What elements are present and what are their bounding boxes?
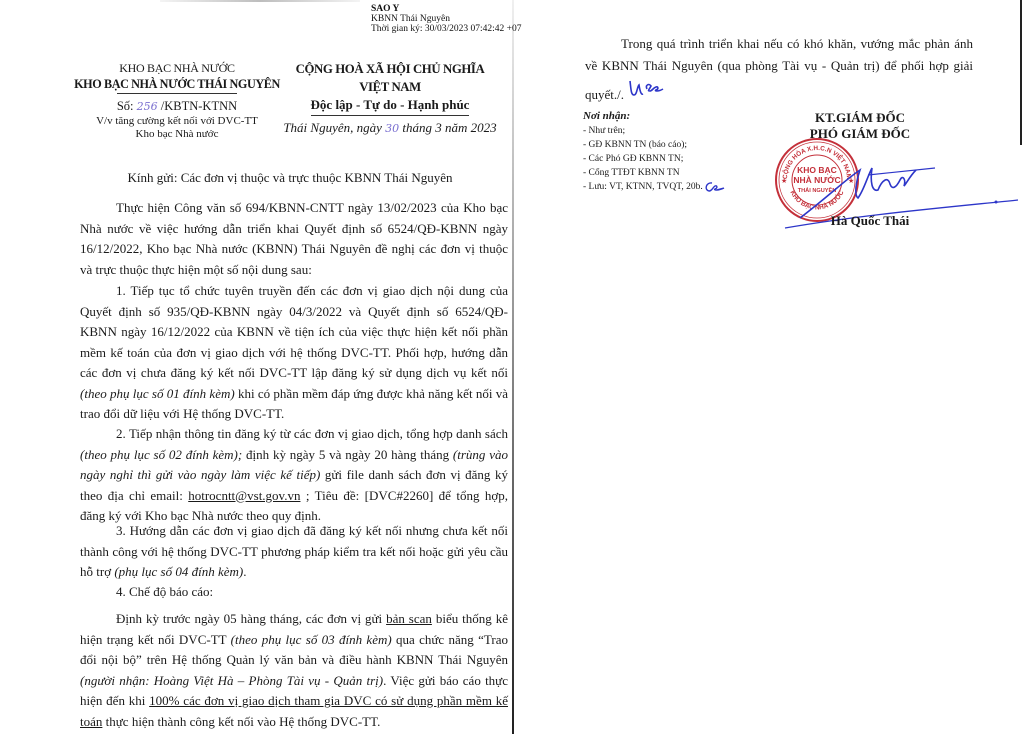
item4-text-5: thực hiện thành công kết nối vào Hệ thốn… (102, 714, 380, 729)
date-prefix: Thái Nguyên, ngày (283, 120, 382, 135)
date-day-handwritten: 30 (385, 122, 399, 135)
paragraph-item-1: 1. Tiếp tục tổ chức tuyên truyền đến các… (80, 281, 508, 425)
stamp-signer: KBNN Thái Nguyên (371, 14, 522, 24)
national-header: CỘNG HOÀ XÃ HỘI CHỦ NGHĨA VIỆT NAM Độc l… (280, 60, 500, 138)
recipient-item: - Lưu: VT, KTNN, TVQT, 20b. (583, 180, 725, 194)
recipient-item: - Như trên; (583, 124, 725, 138)
parent-org: KHO BẠC NHÀ NƯỚC (62, 60, 292, 76)
paragraph-item-3: 3. Hướng dẫn các đơn vị giao dịch đã đăn… (80, 521, 508, 583)
item1-note: (theo phụ lục số 01 đính kèm) (80, 386, 235, 401)
item4-heading: 4. Chế độ báo cáo: (80, 582, 508, 603)
nation-name: CỘNG HOÀ XÃ HỘI CHỦ NGHĨA VIỆT NAM (280, 60, 500, 96)
stamp-time: Thời gian ký: 30/03/2023 07:42:42 +07 (371, 24, 522, 34)
paragraph-item-4-detail: Định kỳ trước ngày 05 hàng tháng, các đơ… (80, 609, 508, 732)
item3-note: (phụ lục số 04 đính kèm) (114, 564, 243, 579)
document-number: Số: 256 /KBTN-KTNN (62, 98, 292, 115)
item2-note-1: (theo phụ lục số 02 đính kèm); (80, 447, 242, 462)
paragraph-item-4: 4. Chế độ báo cáo: (80, 582, 508, 603)
number-handwritten: 256 (137, 100, 158, 113)
item3-text-end: . (243, 564, 246, 579)
item2-text: 2. Tiếp nhận thông tin đăng ký từ các đơ… (116, 426, 508, 441)
page-divider (512, 0, 514, 734)
issuing-organization: KHO BẠC NHÀ NƯỚC KHO BẠC NHÀ NƯỚC THÁI N… (62, 60, 292, 141)
issuing-unit: KHO BẠC NHÀ NƯỚC THÁI NGUYÊN (62, 76, 292, 92)
header-rule (117, 93, 237, 94)
email-link[interactable]: hotrocntt@vst.gov.vn (188, 488, 300, 503)
item4-text-1: Định kỳ trước ngày 05 hàng tháng, các đơ… (116, 611, 386, 626)
recipients-title: Nơi nhận: (583, 109, 725, 123)
item2-text-2: định kỳ ngày 5 và ngày 20 hàng tháng (242, 447, 453, 462)
intro-text: Thực hiện Công văn số 694/KBNN-CNTT ngày… (80, 198, 508, 280)
paragraph-item-2: 2. Tiếp nhận thông tin đăng ký từ các đơ… (80, 424, 508, 527)
subject-line-1: V/v tăng cường kết nối với DVC-TT (62, 115, 292, 128)
recipient-item: - Cổng TTĐT KBNN TN (583, 166, 725, 180)
date-suffix: tháng 3 năm 2023 (402, 120, 496, 135)
greeting: Kính gửi: Các đơn vị thuộc và trực thuộc… (60, 170, 520, 186)
recipients-list: Nơi nhận: - Như trên; - GĐ KBNN TN (báo … (583, 109, 725, 194)
item1-text: 1. Tiếp tục tổ chức tuyên truyền đến các… (80, 283, 508, 380)
motto: Độc lập - Tự do - Hạnh phúc (311, 96, 470, 116)
page-edge (1020, 0, 1022, 145)
recipient-item: - Các Phó GĐ KBNN TN; (583, 152, 725, 166)
scan-edge-shadow (160, 0, 360, 2)
digital-signature-stamp: SAO Y KBNN Thái Nguyên Thời gian ký: 30/… (371, 4, 522, 34)
recipient-item: - GĐ KBNN TN (báo cáo); (583, 138, 725, 152)
initials-mark-icon (703, 181, 725, 193)
signer-title-1: KT.GIÁM ĐỐC (760, 110, 960, 126)
recipient-item-text: - Lưu: VT, KTNN, TVQT, 20b. (583, 180, 703, 194)
initials-mark-icon (627, 77, 667, 99)
signer-name: Hà Quốc Thái (790, 213, 950, 229)
number-suffix: /KBTN-KTNN (161, 99, 237, 113)
number-prefix: Số: (117, 99, 134, 113)
item4-underline-1: bản scan (386, 611, 432, 626)
paragraph-intro: Thực hiện Công văn số 694/KBNN-CNTT ngày… (80, 198, 508, 280)
item4-note-2: (người nhận: Hoàng Việt Hà – Phòng Tài v… (80, 673, 383, 688)
closing-paragraph: Trong quá trình triển khai nếu có khó kh… (585, 33, 973, 106)
stamp-label: SAO Y (371, 4, 522, 14)
subject-line-2: Kho bạc Nhà nước (62, 128, 292, 141)
item4-note-1: (theo phụ lục số 03 đính kèm) (231, 632, 392, 647)
document-date: Thái Nguyên, ngày 30 tháng 3 năm 2023 (280, 119, 500, 138)
